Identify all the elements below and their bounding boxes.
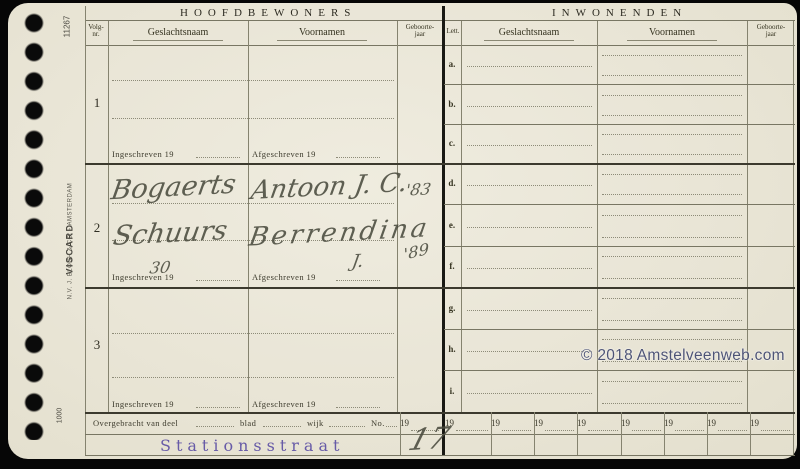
section-divider bbox=[442, 6, 445, 455]
grid-vline bbox=[400, 412, 401, 455]
grid-vline bbox=[534, 412, 535, 455]
label-dots bbox=[329, 426, 365, 427]
column-header-lett: Lett. bbox=[446, 28, 459, 35]
transfer-label-wijk: wijk bbox=[307, 418, 324, 428]
grid-vline bbox=[108, 21, 109, 412]
year-label: 19 bbox=[534, 418, 543, 428]
letter-label: d. bbox=[448, 178, 455, 188]
grid-vline bbox=[707, 412, 708, 455]
divider bbox=[85, 45, 795, 46]
letter-label: h. bbox=[448, 344, 455, 354]
label-dots bbox=[196, 280, 240, 281]
handwritten-birthyear-1: '83 bbox=[404, 179, 432, 199]
copyright-watermark: © 2018 Amstelveenweb.com bbox=[581, 347, 785, 365]
label-dots bbox=[761, 422, 790, 431]
afgeschreven-label: Afgeschreven 19 bbox=[252, 399, 316, 409]
row-divider bbox=[85, 163, 795, 165]
letter-row-divider bbox=[444, 124, 795, 125]
write-line bbox=[112, 80, 394, 81]
transfer-label-no: No. bbox=[371, 418, 385, 428]
write-line bbox=[602, 134, 742, 135]
handwritten-ingeschreven-year: 30 bbox=[148, 257, 172, 277]
letter-label: f. bbox=[449, 261, 454, 271]
write-line bbox=[602, 298, 742, 299]
label-dots bbox=[456, 422, 488, 431]
year-cell: 19 bbox=[534, 413, 577, 433]
write-line bbox=[602, 154, 742, 155]
label-dots bbox=[263, 426, 301, 427]
serial-number-bottom: 1000 bbox=[56, 408, 63, 424]
year-label: 19 bbox=[750, 418, 759, 428]
write-line bbox=[602, 237, 742, 238]
header-underline bbox=[277, 40, 367, 41]
binder-holes bbox=[24, 13, 44, 440]
year-cell: 19 bbox=[491, 413, 534, 433]
letter-row-divider bbox=[444, 84, 795, 85]
year-label: 19 bbox=[577, 418, 586, 428]
letter-label: c. bbox=[449, 138, 455, 148]
column-header-geslachtsnaam-right: Geslachtsnaam bbox=[499, 27, 560, 38]
column-header-volgnr: Volg- nr. bbox=[88, 24, 103, 38]
write-line bbox=[467, 268, 592, 269]
label-dots bbox=[196, 426, 234, 427]
transfer-label-deel: Overgebracht van deel bbox=[93, 418, 178, 428]
grid-vline bbox=[85, 6, 86, 455]
column-header-geslachtsnaam: Geslachtsnaam bbox=[148, 27, 209, 38]
letter-row-divider bbox=[444, 329, 795, 330]
letter-label: b. bbox=[448, 99, 455, 109]
year-cell: 19 bbox=[664, 413, 707, 433]
divider bbox=[85, 20, 795, 21]
grid-vline bbox=[621, 412, 622, 455]
write-line bbox=[602, 95, 742, 96]
grid-vline bbox=[793, 21, 794, 455]
ingeschreven-label: Ingeschreven 19 bbox=[112, 399, 174, 409]
write-line bbox=[602, 215, 742, 216]
year-label: 19 bbox=[621, 418, 630, 428]
write-line bbox=[602, 75, 742, 76]
label-dots bbox=[718, 422, 747, 431]
label-dots bbox=[196, 407, 240, 408]
header-underline bbox=[133, 40, 223, 41]
label-dots bbox=[386, 426, 397, 427]
grid-vline bbox=[577, 412, 578, 455]
registration-card-photo: 11267 VISCARD N.V. J. BLOCH & CO. - AMST… bbox=[0, 0, 800, 469]
ingeschreven-label: Ingeschreven 19 bbox=[112, 149, 174, 159]
year-label: 19 bbox=[491, 418, 500, 428]
year-cell: 19 bbox=[577, 413, 621, 433]
afgeschreven-label: Afgeschreven 19 bbox=[252, 272, 316, 282]
label-dots bbox=[545, 422, 574, 431]
write-line bbox=[602, 381, 742, 382]
write-line bbox=[467, 310, 592, 311]
printer-imprint: N.V. J. BLOCH & CO. - AMSTERDAM bbox=[67, 183, 73, 300]
grid-vline bbox=[664, 412, 665, 455]
write-line bbox=[467, 185, 592, 186]
write-line bbox=[602, 339, 742, 340]
row-number: 2 bbox=[94, 220, 101, 236]
row-divider bbox=[85, 287, 795, 289]
write-line bbox=[112, 333, 394, 334]
write-line bbox=[602, 55, 742, 56]
column-header-voornamen: Voornamen bbox=[299, 27, 345, 38]
grid-vline bbox=[491, 412, 492, 455]
row-number: 3 bbox=[94, 337, 101, 353]
year-cell: 19 bbox=[707, 413, 750, 433]
label-dots bbox=[336, 280, 380, 281]
grid-vline bbox=[461, 21, 462, 412]
label-dots bbox=[632, 422, 661, 431]
write-line bbox=[467, 227, 592, 228]
write-line bbox=[602, 194, 742, 195]
column-header-voornamen-right: Voornamen bbox=[649, 27, 695, 38]
year-cell: 19 bbox=[750, 413, 793, 433]
write-line bbox=[602, 320, 742, 321]
year-cell: 19 bbox=[621, 413, 664, 433]
handwritten-surname-2: Schuurs bbox=[111, 215, 230, 252]
write-line bbox=[467, 351, 592, 352]
section-title-inwonenden: INWONENDEN bbox=[552, 7, 687, 19]
write-line bbox=[467, 106, 592, 107]
write-line bbox=[112, 377, 394, 378]
letter-row-divider bbox=[444, 204, 795, 205]
section-title-hoofdbewoners: HOOFDBEWONERS bbox=[180, 7, 356, 19]
letter-label: g. bbox=[449, 303, 456, 313]
serial-number-top: 11267 bbox=[62, 16, 71, 38]
row-number: 1 bbox=[94, 95, 101, 111]
transfer-label-blad: blad bbox=[240, 418, 256, 428]
street-name-stamp: Stationsstraat bbox=[160, 436, 344, 455]
write-line bbox=[467, 393, 592, 394]
letter-label: i. bbox=[450, 386, 455, 396]
write-line bbox=[467, 145, 592, 146]
header-underline bbox=[627, 40, 717, 41]
letter-label: e. bbox=[449, 220, 455, 230]
write-line bbox=[602, 278, 742, 279]
write-line bbox=[602, 115, 742, 116]
year-label: 19 bbox=[707, 418, 716, 428]
letter-label: a. bbox=[449, 59, 456, 69]
year-label: 19 bbox=[664, 418, 673, 428]
label-dots bbox=[502, 422, 531, 431]
header-underline bbox=[484, 40, 574, 41]
year-label: 19 bbox=[400, 418, 409, 428]
write-line bbox=[467, 66, 592, 67]
label-dots bbox=[588, 422, 618, 431]
label-dots bbox=[196, 157, 240, 158]
label-dots bbox=[336, 157, 380, 158]
grid-vline bbox=[750, 412, 751, 455]
write-line bbox=[602, 174, 742, 175]
write-line bbox=[602, 256, 742, 257]
letter-row-divider bbox=[444, 246, 795, 247]
label-dots bbox=[336, 407, 380, 408]
label-dots bbox=[675, 422, 704, 431]
column-header-geboortejaar: Geboorte- jaar bbox=[406, 24, 434, 38]
afgeschreven-label: Afgeschreven 19 bbox=[252, 149, 316, 159]
column-header-geboortejaar-right: Geboorte- jaar bbox=[757, 24, 785, 38]
write-line bbox=[112, 118, 394, 119]
write-line bbox=[602, 403, 742, 404]
letter-row-divider bbox=[444, 370, 795, 371]
